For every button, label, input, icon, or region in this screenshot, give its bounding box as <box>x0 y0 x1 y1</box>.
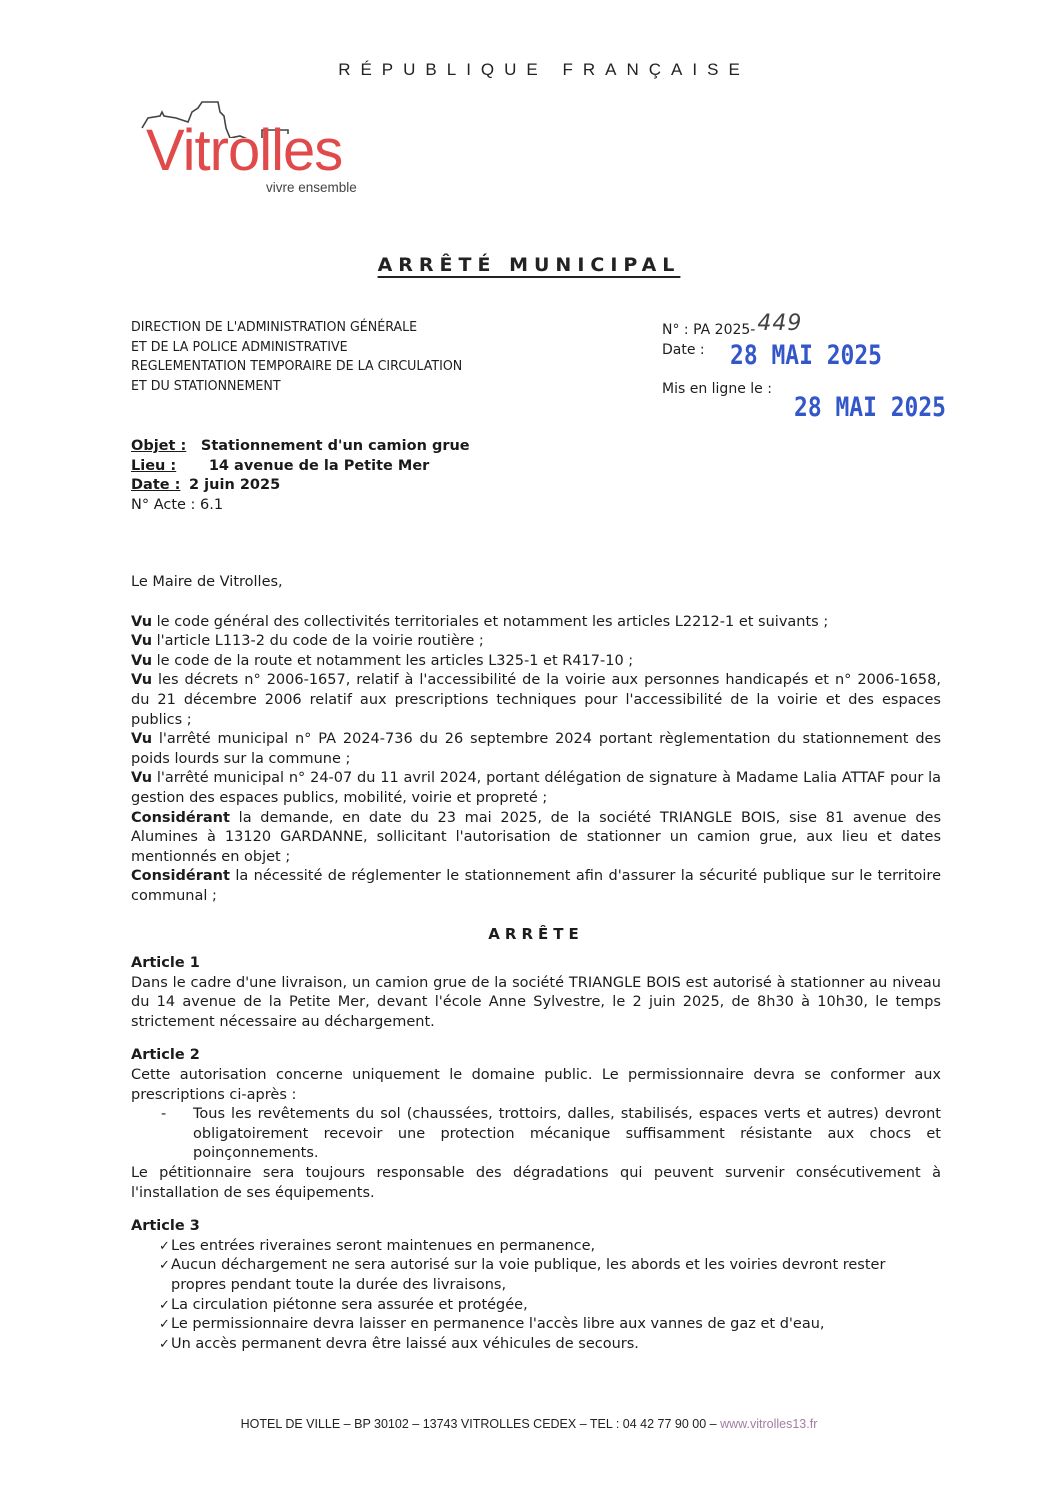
logo-tagline: vivre ensemble <box>266 180 357 195</box>
service-line: ET DE LA POLICE ADMINISTRATIVE <box>131 338 462 358</box>
visa-item: Vu les décrets n° 2006-1657, relatif à l… <box>131 671 941 730</box>
article-2-intro: Cette autorisation concerne uniquement l… <box>131 1066 941 1105</box>
logo-wordmark: Vitrolles <box>146 122 342 180</box>
lieu-row: Lieu : 14 avenue de la Petite Mer <box>131 457 470 477</box>
list-item: ✓La circulation piétonne sera assurée et… <box>131 1296 941 1316</box>
list-item: ✓Aucun déchargement ne sera autorisé sur… <box>131 1256 941 1295</box>
date-stamp: 28 MAI 2025 <box>730 340 882 371</box>
document-meta: Objet : Stationnement d'un camion grue L… <box>131 437 470 515</box>
arrete-heading: ARRÊTE <box>131 925 941 945</box>
date-row-label: Date : <box>131 476 180 496</box>
list-item: ✓Les entrées riveraines seront maintenue… <box>131 1237 941 1257</box>
document-body: Le Maire de Vitrolles, Vu le code généra… <box>131 573 941 1354</box>
footer-address: HOTEL DE VILLE – BP 30102 – 13743 VITROL… <box>241 1417 720 1431</box>
website-link[interactable]: www.vitrolles13.fr <box>720 1417 817 1431</box>
document-title: ARRÊTÉ MUNICIPAL <box>0 254 1058 276</box>
issuing-service: DIRECTION DE L'ADMINISTRATION GÉNÉRALE E… <box>131 318 462 396</box>
visa-item: Vu le code de la route et notamment les … <box>131 652 941 672</box>
checkmark-icon: ✓ <box>159 1315 170 1335</box>
article-1-heading: Article 1 <box>131 954 941 974</box>
service-line: REGLEMENTATION TEMPORAIRE DE LA CIRCULAT… <box>131 357 462 377</box>
visa-item: Vu l'arrêté municipal n° 24-07 du 11 avr… <box>131 769 941 808</box>
article-2-outro: Le pétitionnaire sera toujours responsab… <box>131 1164 941 1203</box>
visa-item: Vu l'arrêté municipal n° PA 2024-736 du … <box>131 730 941 769</box>
service-line: ET DU STATIONNEMENT <box>131 377 462 397</box>
article-3-list: ✓Les entrées riveraines seront maintenue… <box>131 1237 941 1355</box>
lieu-value: 14 avenue de la Petite Mer <box>209 458 429 474</box>
date-row-value: 2 juin 2025 <box>189 477 280 493</box>
online-date-stamp: 28 MAI 2025 <box>794 392 946 423</box>
article-2-list: -Tous les revêtements du sol (chaussées,… <box>131 1105 941 1164</box>
objet-label: Objet : <box>131 437 186 457</box>
checkmark-icon: ✓ <box>159 1256 170 1276</box>
list-item: ✓Le permissionnaire devra laisser en per… <box>131 1315 941 1335</box>
vitrolles-logo: Vitrolles vivre ensemble <box>140 98 390 198</box>
reference-number-label: N° : PA 2025- <box>662 322 755 338</box>
service-line: DIRECTION DE L'ADMINISTRATION GÉNÉRALE <box>131 318 462 338</box>
republique-francaise-header: RÉPUBLIQUE FRANÇAISE <box>0 60 1058 80</box>
visa-item: Vu le code général des collectivités ter… <box>131 613 941 633</box>
article-2-heading: Article 2 <box>131 1046 941 1066</box>
article-1-text: Dans le cadre d'une livraison, un camion… <box>131 974 941 1033</box>
greeting: Le Maire de Vitrolles, <box>131 573 941 593</box>
date-row: Date : 2 juin 2025 <box>131 476 470 496</box>
objet-value: Stationnement d'un camion grue <box>201 438 470 454</box>
lieu-label: Lieu : <box>131 457 176 477</box>
footer: HOTEL DE VILLE – BP 30102 – 13743 VITROL… <box>0 1417 1058 1431</box>
visa-item: Considérant la nécessité de réglementer … <box>131 867 941 906</box>
objet-row: Objet : Stationnement d'un camion grue <box>131 437 470 457</box>
article-3-heading: Article 3 <box>131 1217 941 1237</box>
acte-number: N° Acte : 6.1 <box>131 496 470 516</box>
checkmark-icon: ✓ <box>159 1335 170 1355</box>
visa-item: Considérant la demande, en date du 23 ma… <box>131 809 941 868</box>
handwritten-number: 449 <box>757 311 802 336</box>
list-item: ✓Un accès permanent devra être laissé au… <box>131 1335 941 1355</box>
visas-list: Vu le code général des collectivités ter… <box>131 613 941 907</box>
list-item: -Tous les revêtements du sol (chaussées,… <box>131 1105 941 1164</box>
dash-icon: - <box>161 1105 166 1125</box>
checkmark-icon: ✓ <box>159 1237 170 1257</box>
online-label: Mis en ligne le : <box>662 380 802 400</box>
checkmark-icon: ✓ <box>159 1296 170 1316</box>
visa-item: Vu l'article L113-2 du code de la voirie… <box>131 632 941 652</box>
reference-number: N° : PA 2025-449 <box>662 318 802 341</box>
